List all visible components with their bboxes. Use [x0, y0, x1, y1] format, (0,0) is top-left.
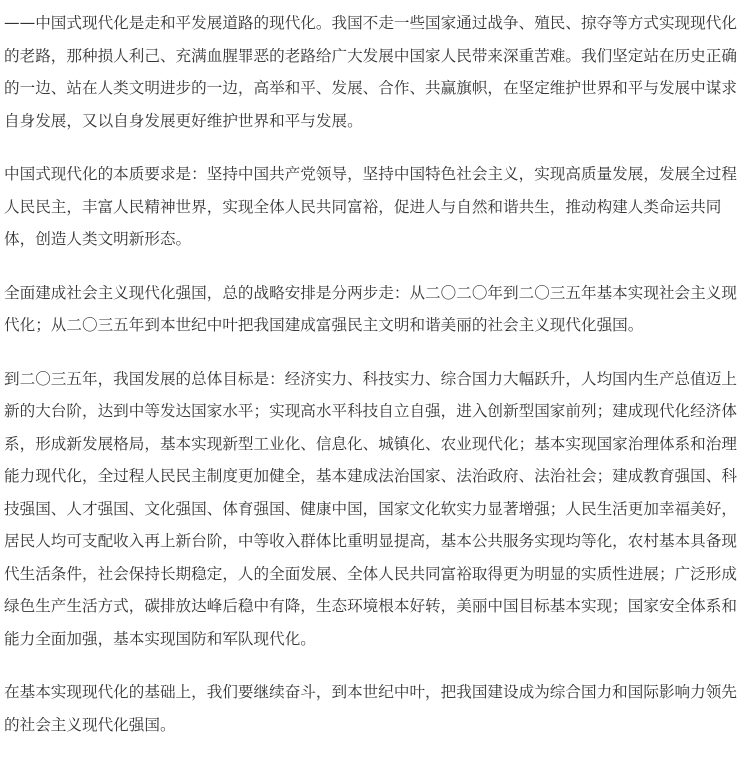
- paragraph-essential-requirements: 中国式现代化的本质要求是：坚持中国共产党领导，坚持中国特色社会主义，实现高质量发…: [4, 158, 742, 256]
- paragraph-peaceful-development: ——中国式现代化是走和平发展道路的现代化。我国不走一些国家通过战争、殖民、掠夺等…: [4, 7, 742, 137]
- paragraph-2035-goals: 到二〇三五年，我国发展的总体目标是：经济实力、科技实力、综合国力大幅跃升，人均国…: [4, 363, 742, 656]
- article-body: ——中国式现代化是走和平发展道路的现代化。我国不走一些国家通过战争、殖民、掠夺等…: [0, 0, 742, 741]
- paragraph-two-step-strategy: 全面建成社会主义现代化强国，总的战略安排是分两步走：从二〇二〇年到二〇三五年基本…: [4, 277, 742, 342]
- paragraph-mid-century-goal: 在基本实现现代化的基础上，我们要继续奋斗，到本世纪中叶，把我国建设成为综合国力和…: [4, 676, 742, 741]
